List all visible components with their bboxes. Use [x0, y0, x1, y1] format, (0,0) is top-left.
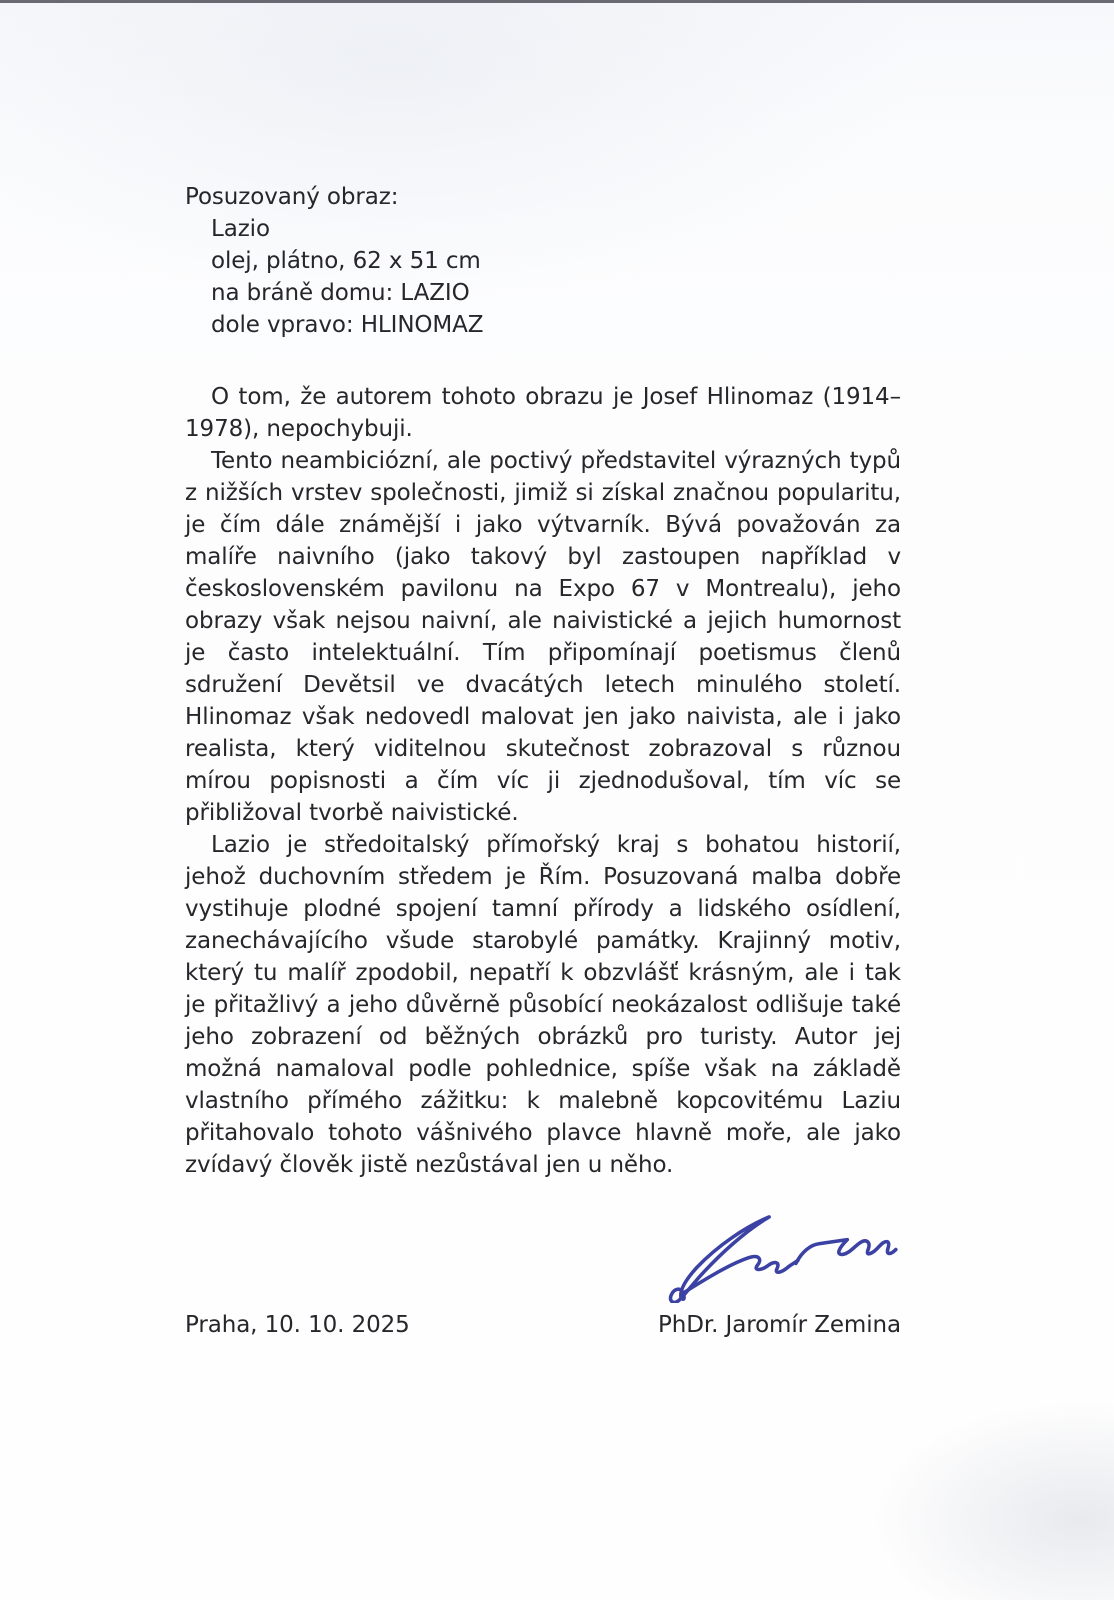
paragraph-painting-assessment: Lazio je středoitalský přímořský kraj s … — [185, 829, 901, 1181]
letter-content: Posuzovaný obraz: Lazio olej, plátno, 62… — [185, 181, 901, 1341]
heading-label: Posuzovaný obraz: — [185, 181, 901, 213]
signer-name: PhDr. Jaromír Zemina — [658, 1309, 901, 1341]
place-and-date: Praha, 10. 10. 2025 — [185, 1309, 410, 1341]
signature-icon — [661, 1209, 909, 1303]
letter-footer: Praha, 10. 10. 2025 PhDr. Jaromír Zemina — [185, 1309, 901, 1341]
signature-area — [185, 1207, 901, 1303]
painting-inscription-gate: na bráně domu: LAZIO — [185, 277, 901, 309]
painting-signature-note: dole vpravo: HLINOMAZ — [185, 309, 901, 341]
paragraph-attribution: O tom, že autorem tohoto obrazu je Josef… — [185, 381, 901, 445]
letter-body: O tom, že autorem tohoto obrazu je Josef… — [185, 381, 901, 1181]
paragraph-artist-background: Tento neambiciózní, ale poctivý představ… — [185, 445, 901, 829]
scanned-letter-page: Posuzovaný obraz: Lazio olej, plátno, 62… — [0, 0, 1114, 1600]
painting-technique-dimensions: olej, plátno, 62 x 51 cm — [185, 245, 901, 277]
painting-title: Lazio — [185, 213, 901, 245]
assessed-painting-heading: Posuzovaný obraz: Lazio olej, plátno, 62… — [185, 181, 901, 341]
